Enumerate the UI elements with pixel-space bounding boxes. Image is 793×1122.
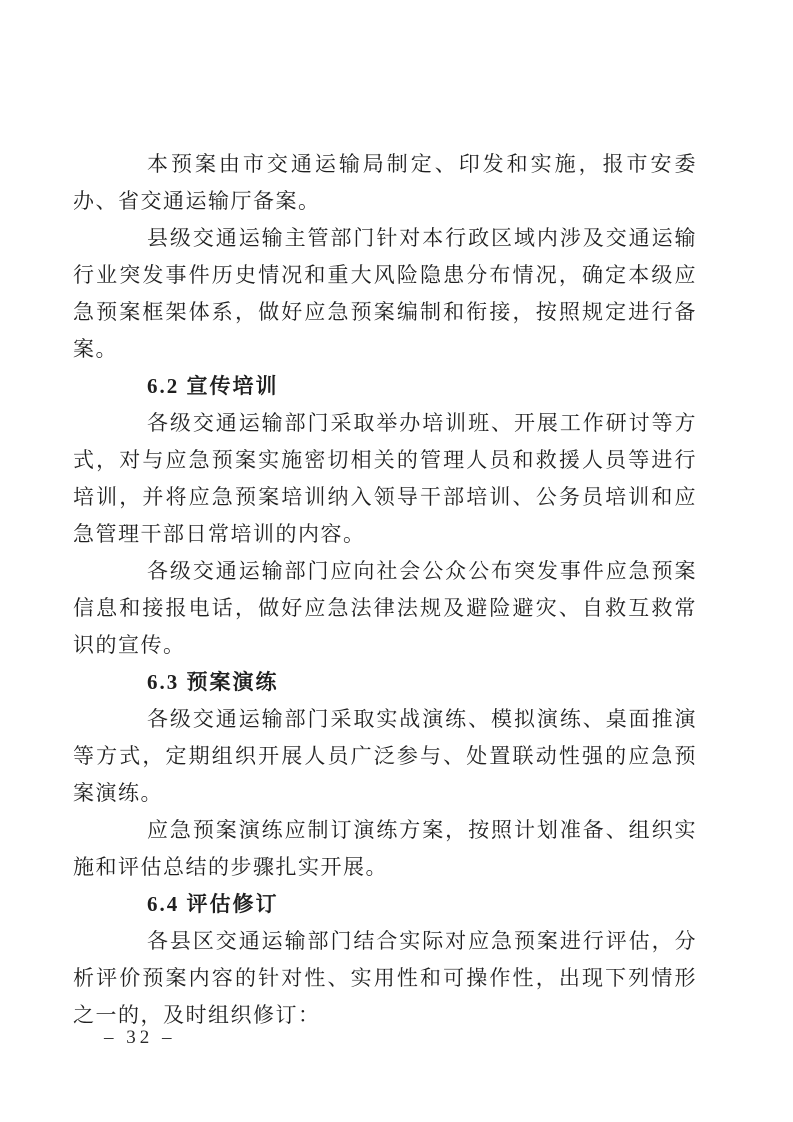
- paragraph-drill-plan-steps: 应急预案演练应制订演练方案，按照计划准备、组织实施和评估总结的步骤扎实开展。: [73, 812, 697, 886]
- paragraph-training-content: 各级交通运输部门采取举办培训班、开展工作研讨等方式，对与应急预案实施密切相关的管…: [73, 405, 697, 553]
- section-heading-6-2: 6.2 宣传培训: [73, 368, 697, 405]
- paragraph-drill-methods: 各级交通运输部门采取实战演练、模拟演练、桌面推演等方式，定期组织开展人员广泛参与…: [73, 701, 697, 812]
- paragraph-public-information: 各级交通运输部门应向社会公众公布突发事件应急预案信息和接报电话，做好应急法律法规…: [73, 553, 697, 664]
- paragraph-evaluation-revision: 各县区交通运输部门结合实际对应急预案进行评估，分析评价预案内容的针对性、实用性和…: [73, 923, 697, 1034]
- paragraph-plan-filing: 本预案由市交通运输局制定、印发和实施，报市安委办、省交通运输厅备案。: [73, 146, 697, 220]
- document-page: 本预案由市交通运输局制定、印发和实施，报市安委办、省交通运输厅备案。 县级交通运…: [0, 0, 793, 1122]
- paragraph-county-plan-system: 县级交通运输主管部门针对本行政区域内涉及交通运输行业突发事件历史情况和重大风险隐…: [73, 220, 697, 368]
- section-heading-6-3: 6.3 预案演练: [73, 664, 697, 701]
- page-number: – 32 –: [104, 1024, 176, 1052]
- section-heading-6-4: 6.4 评估修订: [73, 886, 697, 923]
- document-content: 本预案由市交通运输局制定、印发和实施，报市安委办、省交通运输厅备案。 县级交通运…: [73, 146, 697, 1034]
